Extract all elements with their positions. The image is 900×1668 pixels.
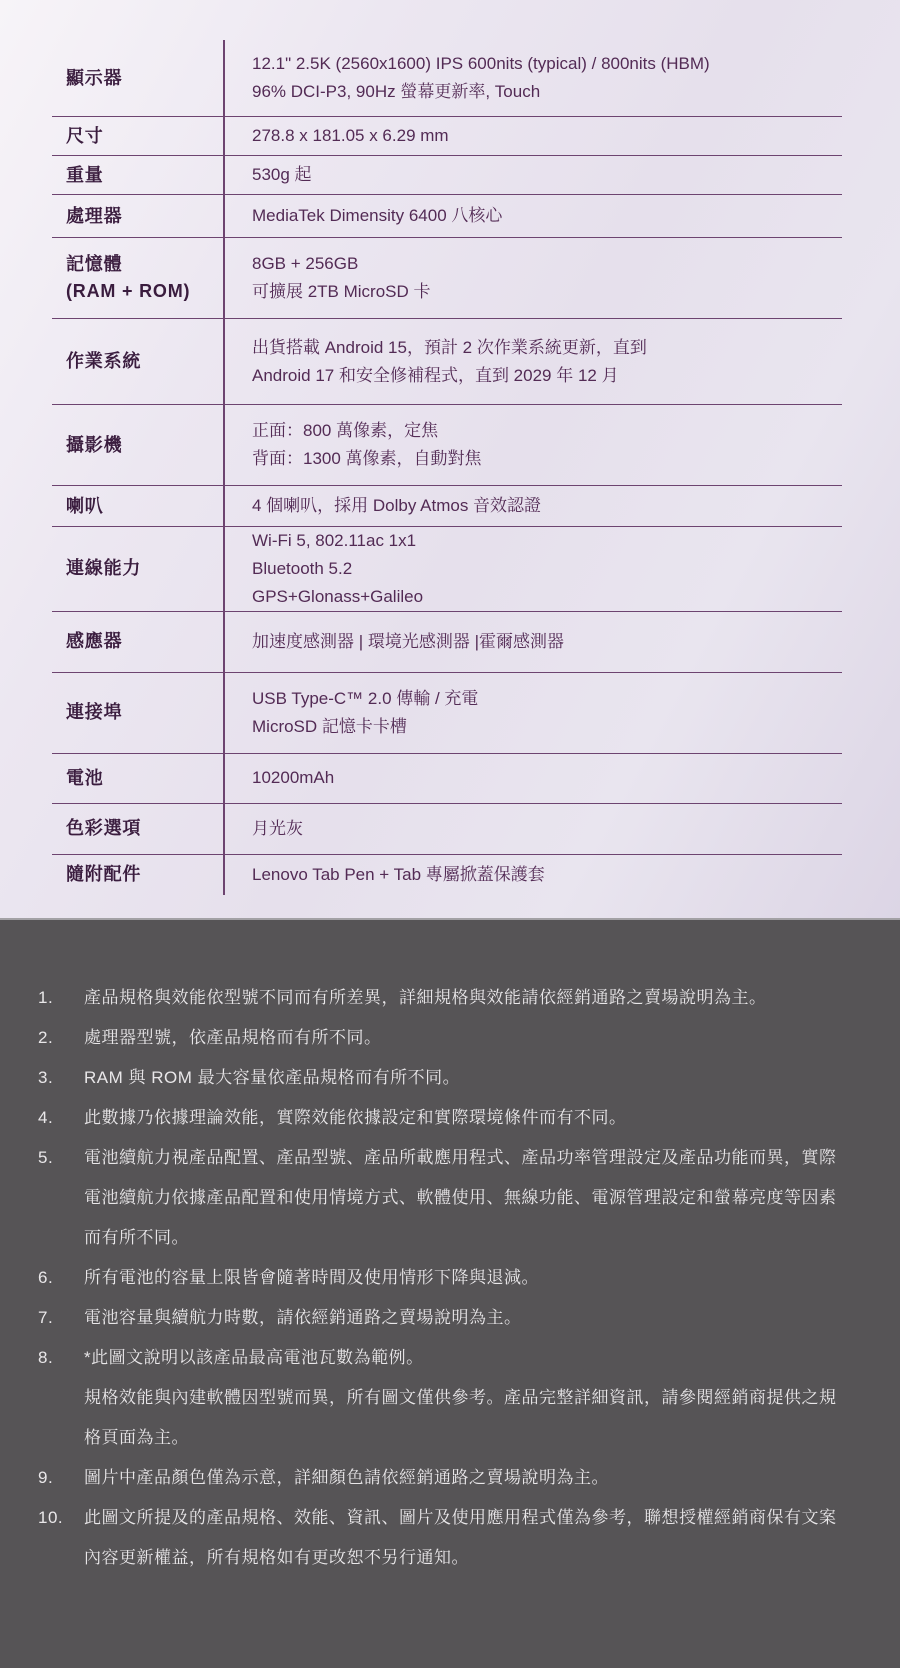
spec-row-sensors: 感應器 加速度感測器 | 環境光感測器 |霍爾感測器 — [52, 612, 842, 673]
spec-value: 278.8 x 181.05 x 6.29 mm — [223, 122, 842, 150]
footnote-9: 9. 圖片中產品顏色僅為示意，詳細顏色請依經銷通路之賣場說明為主。 — [38, 1458, 850, 1498]
footnote-number: 9. — [38, 1458, 84, 1498]
spec-label: 隨附配件 — [52, 861, 223, 888]
spec-row-battery: 電池 10200mAh — [52, 754, 842, 804]
footnote-5: 5. 電池續航力視產品配置、產品型號、產品所載應用程式、產品功率管理設定及產品功… — [38, 1138, 850, 1258]
spec-value: 8GB + 256GB 可擴展 2TB MicroSD 卡 — [223, 250, 842, 306]
footnote-text: 所有電池的容量上限皆會隨著時間及使用情形下降與退減。 — [84, 1258, 850, 1298]
footnote-number: 10. — [38, 1498, 84, 1538]
footnote-text: *此圖文說明以該產品最高電池瓦數為範例。 規格效能與內建軟體因型號而異，所有圖文… — [84, 1338, 850, 1458]
footnote-number: 4. — [38, 1098, 84, 1138]
spec-value: 加速度感測器 | 環境光感測器 |霍爾感測器 — [223, 628, 842, 656]
footnote-number: 8. — [38, 1338, 84, 1378]
spec-value: 12.1" 2.5K (2560x1600) IPS 600nits (typi… — [223, 50, 842, 106]
footnote-number: 5. — [38, 1138, 84, 1178]
spec-value: 10200mAh — [223, 764, 842, 792]
footnote-3: 3. RAM 與 ROM 最大容量依產品規格而有所不同。 — [38, 1058, 850, 1098]
footnote-text: 此圖文所提及的產品規格、效能、資訊、圖片及使用應用程式僅為參考，聯想授權經銷商保… — [84, 1498, 850, 1578]
spec-value: 正面：800 萬像素，定焦 背面：1300 萬像素，自動對焦 — [223, 417, 842, 473]
spec-row-memory: 記憶體 (RAM + ROM) 8GB + 256GB 可擴展 2TB Micr… — [52, 238, 842, 319]
spec-value: Wi-Fi 5, 802.11ac 1x1 Bluetooth 5.2 GPS+… — [223, 527, 842, 611]
spec-row-os: 作業系統 出貨搭載 Android 15，預計 2 次作業系統更新，直到 And… — [52, 319, 842, 405]
spec-table: 顯示器 12.1" 2.5K (2560x1600) IPS 600nits (… — [52, 40, 842, 895]
footnote-6: 6. 所有電池的容量上限皆會隨著時間及使用情形下降與退減。 — [38, 1258, 850, 1298]
spec-label: 作業系統 — [52, 348, 223, 375]
footnote-4: 4. 此數據乃依據理論效能，實際效能依據設定和實際環境條件而有不同。 — [38, 1098, 850, 1138]
footnote-10: 10. 此圖文所提及的產品規格、效能、資訊、圖片及使用應用程式僅為參考，聯想授權… — [38, 1498, 850, 1578]
spec-row-dimensions: 尺寸 278.8 x 181.05 x 6.29 mm — [52, 117, 842, 156]
spec-row-processor: 處理器 MediaTek Dimensity 6400 八核心 — [52, 195, 842, 238]
spec-row-colors: 色彩選項 月光灰 — [52, 804, 842, 855]
spec-label: 連接埠 — [52, 699, 223, 726]
footnote-7: 7. 電池容量與續航力時數，請依經銷通路之賣場說明為主。 — [38, 1298, 850, 1338]
spec-value: 月光灰 — [223, 815, 842, 843]
spec-section: 顯示器 12.1" 2.5K (2560x1600) IPS 600nits (… — [0, 0, 900, 918]
spec-label: 喇叭 — [52, 493, 223, 520]
spec-label: 記憶體 (RAM + ROM) — [52, 251, 223, 305]
spec-label: 感應器 — [52, 628, 223, 655]
spec-value: 530g 起 — [223, 161, 842, 189]
footnote-number: 6. — [38, 1258, 84, 1298]
spec-label: 處理器 — [52, 203, 223, 230]
spec-label: 電池 — [52, 765, 223, 792]
footnotes-section: 1. 產品規格與效能依型號不同而有所差異，詳細規格與效能請依經銷通路之賣場說明為… — [0, 918, 900, 1668]
spec-label: 尺寸 — [52, 123, 223, 150]
spec-row-weight: 重量 530g 起 — [52, 156, 842, 195]
spec-value: 出貨搭載 Android 15，預計 2 次作業系統更新，直到 Android … — [223, 334, 842, 390]
spec-value: USB Type-C™ 2.0 傳輸 / 充電 MicroSD 記憶卡卡槽 — [223, 685, 842, 741]
footnote-number: 3. — [38, 1058, 84, 1098]
spec-row-display: 顯示器 12.1" 2.5K (2560x1600) IPS 600nits (… — [52, 40, 842, 117]
spec-label: 顯示器 — [52, 65, 223, 92]
spec-row-connectivity: 連線能力 Wi-Fi 5, 802.11ac 1x1 Bluetooth 5.2… — [52, 527, 842, 612]
footnote-text: 此數據乃依據理論效能，實際效能依據設定和實際環境條件而有不同。 — [84, 1098, 850, 1138]
spec-label: 連線能力 — [52, 555, 223, 582]
footnote-number: 2. — [38, 1018, 84, 1058]
spec-label: 重量 — [52, 162, 223, 189]
spec-label: 攝影機 — [52, 432, 223, 459]
footnote-text: RAM 與 ROM 最大容量依產品規格而有所不同。 — [84, 1058, 850, 1098]
footnote-1: 1. 產品規格與效能依型號不同而有所差異，詳細規格與效能請依經銷通路之賣場說明為… — [38, 978, 850, 1018]
footnote-text: 電池容量與續航力時數，請依經銷通路之賣場說明為主。 — [84, 1298, 850, 1338]
spec-row-camera: 攝影機 正面：800 萬像素，定焦 背面：1300 萬像素，自動對焦 — [52, 405, 842, 486]
footnote-text: 產品規格與效能依型號不同而有所差異，詳細規格與效能請依經銷通路之賣場說明為主。 — [84, 978, 850, 1018]
footnote-text: 圖片中產品顏色僅為示意，詳細顏色請依經銷通路之賣場說明為主。 — [84, 1458, 850, 1498]
spec-row-ports: 連接埠 USB Type-C™ 2.0 傳輸 / 充電 MicroSD 記憶卡卡… — [52, 673, 842, 754]
footnote-number: 7. — [38, 1298, 84, 1338]
spec-value: 4 個喇叭，採用 Dolby Atmos 音效認證 — [223, 492, 842, 520]
footnote-number: 1. — [38, 978, 84, 1018]
spec-row-speakers: 喇叭 4 個喇叭，採用 Dolby Atmos 音效認證 — [52, 486, 842, 527]
footnote-2: 2. 處理器型號，依產品規格而有所不同。 — [38, 1018, 850, 1058]
footnote-text: 處理器型號，依產品規格而有所不同。 — [84, 1018, 850, 1058]
spec-label: 色彩選項 — [52, 815, 223, 842]
spec-value: MediaTek Dimensity 6400 八核心 — [223, 202, 842, 230]
spec-row-accessories: 隨附配件 Lenovo Tab Pen + Tab 專屬掀蓋保護套 — [52, 855, 842, 895]
spec-sheet-page: 顯示器 12.1" 2.5K (2560x1600) IPS 600nits (… — [0, 0, 900, 1668]
spec-value: Lenovo Tab Pen + Tab 專屬掀蓋保護套 — [223, 861, 842, 889]
footnote-text: 電池續航力視產品配置、產品型號、產品所載應用程式、產品功率管理設定及產品功能而異… — [84, 1138, 850, 1258]
footnote-8: 8. *此圖文說明以該產品最高電池瓦數為範例。 規格效能與內建軟體因型號而異，所… — [38, 1338, 850, 1458]
